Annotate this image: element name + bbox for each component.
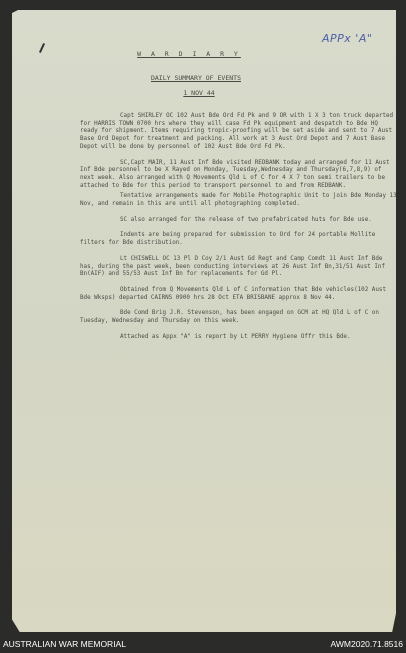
paragraph: Bde Comd Brig J.R. Stevenson, has been e… [80, 310, 398, 325]
paragraph: Lt CHISWELL OC 13 Pl D Coy 2/1 Aust Gd R… [80, 256, 398, 279]
handwritten-annotation: APPx 'A" [322, 32, 372, 45]
paragraph: Indents are being prepared for submissio… [80, 232, 398, 247]
paragraph: Obtained from Q Movements Qld L of C inf… [80, 287, 398, 302]
institution-name: AUSTRALIAN WAR MEMORIAL [3, 639, 126, 649]
paragraph: SC also arranged for the release of two … [80, 217, 398, 225]
paragraph: Capt SHIRLEY OC 102 Aust Bde Ord Fd Pk a… [80, 113, 398, 152]
paragraph: Attached as Appx "A" is report by Lt PER… [80, 334, 398, 342]
document-subtitle: DAILY SUMMARY OF EVENTS [4, 74, 388, 82]
document-body: Capt SHIRLEY OC 102 Aust Bde Ord Fd Pk a… [80, 113, 398, 349]
document-title: W A R D I A R Y [0, 50, 381, 58]
accession-number: AWM2020.71.8516 [331, 639, 403, 649]
document-date: 1 NOV 44 [7, 89, 391, 97]
document-page: APPx 'A" W A R D I A R Y DAILY SUMMARY O… [12, 10, 396, 632]
paragraph: Tentative arrangements made for Mobile P… [80, 193, 398, 208]
paragraph: SC,Capt MAIR, 11 Aust Inf Bde visited RE… [80, 160, 398, 191]
